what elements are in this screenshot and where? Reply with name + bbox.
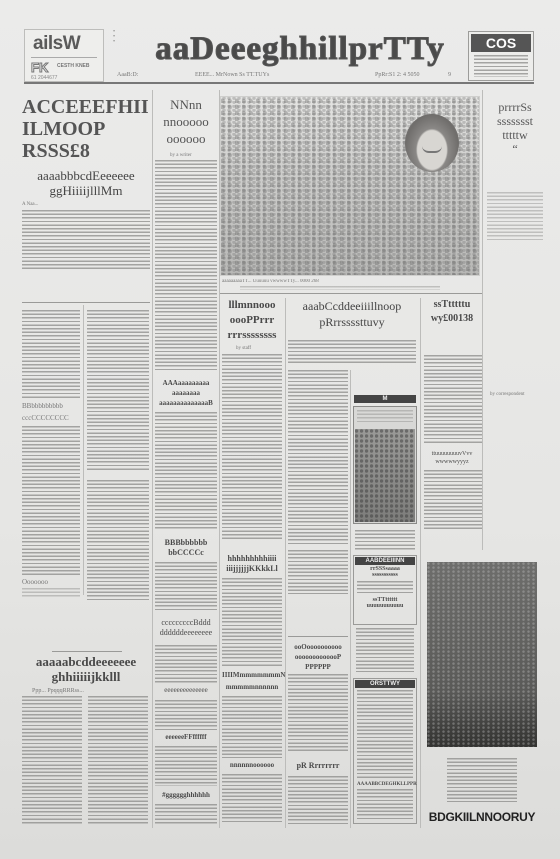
column-rule — [482, 90, 483, 540]
headline-line: RSSS£8 — [22, 140, 150, 162]
subhead-line: ggHiiiijlllMm — [22, 183, 150, 198]
ad-line: sssssssssss — [354, 572, 416, 578]
headline-line: wy£00138 — [422, 312, 482, 326]
masthead-right-sub: PpRr:S1 2: 4 5050 — [375, 72, 420, 78]
article-body — [155, 746, 217, 786]
m-ad-bar: M — [354, 395, 416, 403]
headline-line: BBBbbbbbb — [155, 538, 217, 548]
masthead-rule — [24, 82, 534, 84]
section-head: Ooooooo — [22, 578, 48, 586]
article-body — [87, 480, 149, 600]
dots-ornament: ••• — [113, 30, 117, 45]
headline-line: lllmnnooo — [222, 298, 282, 313]
column-rule — [83, 305, 84, 595]
headline-line: cccccccccBddd — [155, 618, 217, 628]
article-body — [424, 355, 482, 445]
article-body — [155, 160, 217, 370]
article-body — [22, 588, 80, 598]
divider — [52, 651, 122, 652]
mid-lower-a-sub: IIIIMmmmmmmmN — [222, 672, 282, 679]
quote-mark: “ — [486, 142, 544, 156]
col2-sub: #gggggghhhhhh — [155, 792, 217, 799]
col2-sub: eeeeeeFFffffff — [155, 734, 217, 741]
headline-line: hhhhhhhhhiiii — [222, 554, 282, 564]
article-body — [155, 645, 217, 683]
section-head: BBbbbbbbbbb — [22, 402, 63, 410]
article-body — [88, 696, 148, 824]
ad-bar: AABDEEIIINN — [355, 557, 415, 565]
article-body — [22, 310, 80, 400]
photo-caption-line — [240, 286, 440, 290]
article-body — [355, 530, 415, 550]
article-body — [22, 210, 150, 270]
ad-box-2: ORSTTWY AAAABBCDEGHKLLPPR — [353, 678, 417, 824]
m-ad-box — [353, 406, 417, 524]
ad-box-1: AABDEEIIINN rrSSSsaaaa sssssssssss ssTTt… — [353, 555, 417, 625]
mid-b-headline: aaabCcddeeiiillnoop pRrrssssttuvy — [287, 298, 417, 330]
headline-line: NNnn — [155, 96, 217, 113]
article-body — [22, 696, 82, 824]
ad-table — [357, 789, 413, 819]
newspaper-page: ailsW FK CESTH KNEB 61 2044677 ••• aaDee… — [0, 0, 560, 859]
portrait-cutout — [405, 114, 459, 172]
headline-line: aaaaaaaa — [155, 388, 217, 398]
article-body — [288, 370, 348, 545]
right-top-headline: prrrrSs ssssssst tttttw “ — [486, 100, 544, 156]
article-body — [288, 776, 348, 824]
headline-line: PPPPPP — [288, 662, 348, 672]
divider — [288, 636, 348, 637]
column-rule — [152, 90, 153, 828]
article-body — [87, 310, 149, 470]
divider — [31, 57, 97, 58]
byline: A Naa... — [22, 202, 150, 207]
headline-line: oooPPrrr — [222, 313, 282, 328]
article-body — [288, 550, 348, 594]
ad-copy — [447, 758, 517, 802]
lead-article: ACCEEEFHII ILMOOP RSSS£8 aaaabbbcdEeeeee… — [22, 96, 150, 270]
ad-text — [357, 410, 413, 424]
byline: by a writer — [170, 153, 192, 158]
mid-c-headline: ssTtttttu wy£00138 — [422, 298, 482, 326]
headline-line: aaaaabcddeeeeeee — [22, 654, 150, 669]
bottom-ad: BDGKIILNNOORUY — [423, 550, 540, 840]
headline-line: ddddddeeeeeeee — [155, 628, 217, 638]
mid-lower-b-headline: ooOoooooooooo ooooooooooooP PPPPPP — [288, 642, 348, 672]
headline-line: aaaaaaaaaaaaaaB — [155, 398, 217, 408]
col2-sub: eeeeeeeeeeeeee — [155, 687, 217, 694]
headline-line: ACCEEEFHII — [22, 96, 150, 118]
article-body — [288, 340, 416, 364]
article-body — [155, 700, 217, 730]
article-body — [288, 674, 348, 752]
headline-line: bbCCCCc — [155, 548, 217, 558]
masthead-ad: COS — [468, 31, 534, 81]
ad-line: AAAABBCDEGHKLLPPR — [354, 782, 416, 787]
ad-bar: ORSTTWY — [355, 680, 415, 688]
ad-photo — [427, 562, 537, 747]
phone-number: 61 2044677 — [31, 75, 57, 81]
headline-line: ooooooooooooP — [288, 652, 348, 662]
subhead-line: aaaabbbcdEeeeeee — [22, 168, 150, 183]
column-rule — [420, 298, 421, 828]
headline-line: aaabCcddeeiiillnoop — [287, 298, 417, 314]
article-body — [155, 412, 217, 530]
headline-line: prrrrSs — [486, 100, 544, 114]
photo-caption: aaaaaaaaaTT... Uuuuuu vwwwwTTy... 0000 2… — [222, 279, 478, 284]
sub-logo: FK — [31, 60, 48, 75]
lead-subhead: aaaabbbcdEeeeeee ggHiiiijlllMm — [22, 168, 150, 198]
headline-line: oooooo — [155, 130, 217, 147]
headline-line: iiijjjjjjKKkkLl — [222, 564, 282, 574]
ad-logo: COS — [471, 34, 531, 52]
headline-line: pRrrssssttuvy — [287, 314, 417, 330]
ad-text — [474, 55, 528, 77]
article-body — [155, 804, 217, 824]
lead-headline: ACCEEEFHII ILMOOP RSSS£8 — [22, 96, 150, 162]
col2-box-headline: BBBbbbbbb bbCCCCc — [155, 538, 217, 558]
mid-a-headline: lllmnnooo oooPPrrr rrrssssssss — [222, 298, 282, 343]
ad-text — [357, 581, 413, 595]
article-body — [155, 562, 217, 612]
masthead-mid-sub: EEEE... MrNown Ss TT.TUYs — [195, 72, 269, 78]
section-head: cccCCCCCCCC — [22, 414, 69, 422]
divider — [22, 302, 150, 303]
article-body — [222, 354, 282, 539]
ad-photo — [355, 429, 415, 522]
deck: Ppp... PpqqqRRRss... — [32, 688, 84, 694]
mid-lower-a-sub: mmmmmnnnnnn — [222, 684, 282, 691]
mid-lower-b-sub: pR Rrrrrrrr — [288, 762, 348, 770]
headline-line: ssTtttttu — [422, 298, 482, 312]
article-body — [22, 426, 80, 576]
ad-line: uuuuuuuuuuu — [354, 603, 416, 609]
mid-lower-a-sub: nnnnnnoooooo — [222, 762, 282, 769]
column-rule — [482, 540, 483, 550]
ad-table — [357, 690, 413, 780]
headline-line: rrrssssssss — [222, 328, 282, 343]
article-body — [222, 578, 282, 666]
sub-logo-text: CESTH KNEB — [57, 63, 90, 69]
article-body — [222, 696, 282, 758]
article-body — [487, 192, 543, 242]
section-head: ttuuuuuuuuvVvv wwwwwyyyz — [422, 450, 482, 466]
col2-mid-headline: AAAaaaaaaaaa aaaaaaaa aaaaaaaaaaaaaaB — [155, 378, 217, 408]
headline-line: ssssssst — [486, 114, 544, 128]
article-body — [424, 470, 482, 530]
article-body — [356, 628, 414, 672]
headline-line: tttttw — [486, 128, 544, 142]
headline-line: ghhiiiiijkklll — [22, 669, 150, 684]
col2-headline: NNnn nnooooo oooooo — [155, 96, 217, 147]
ad-brand: BDGKIILNNOORUY — [427, 810, 537, 824]
page-mark: 9 — [448, 72, 451, 78]
headline-line: ILMOOP — [22, 118, 150, 140]
column-rule — [350, 370, 351, 828]
newspaper-title: aaDeeeghhillprTTy — [140, 32, 460, 67]
headline-line: ooOoooooooooo — [288, 642, 348, 652]
brand-logo: ailsW — [33, 33, 80, 55]
masthead-left-sub: AaaB:D: — [117, 72, 138, 78]
left-lower-headline: aaaaabcddeeeeeee ghhiiiiijkklll — [22, 654, 150, 684]
masthead-brand-box: ailsW FK CESTH KNEB 61 2044677 — [24, 29, 104, 82]
mid-lower-a-headline: hhhhhhhhhiiii iiijjjjjjKKkkLl — [222, 554, 282, 574]
footer-credit: by correspondent — [490, 392, 525, 397]
col2-low-headline: cccccccccBddd ddddddeeeeeeee — [155, 618, 217, 638]
column-rule — [285, 298, 286, 828]
article-body — [222, 774, 282, 824]
divider — [220, 293, 482, 294]
byline: by staff — [236, 346, 251, 351]
headline-line: nnooooo — [155, 113, 217, 130]
headline-line: AAAaaaaaaaaa — [155, 378, 217, 388]
